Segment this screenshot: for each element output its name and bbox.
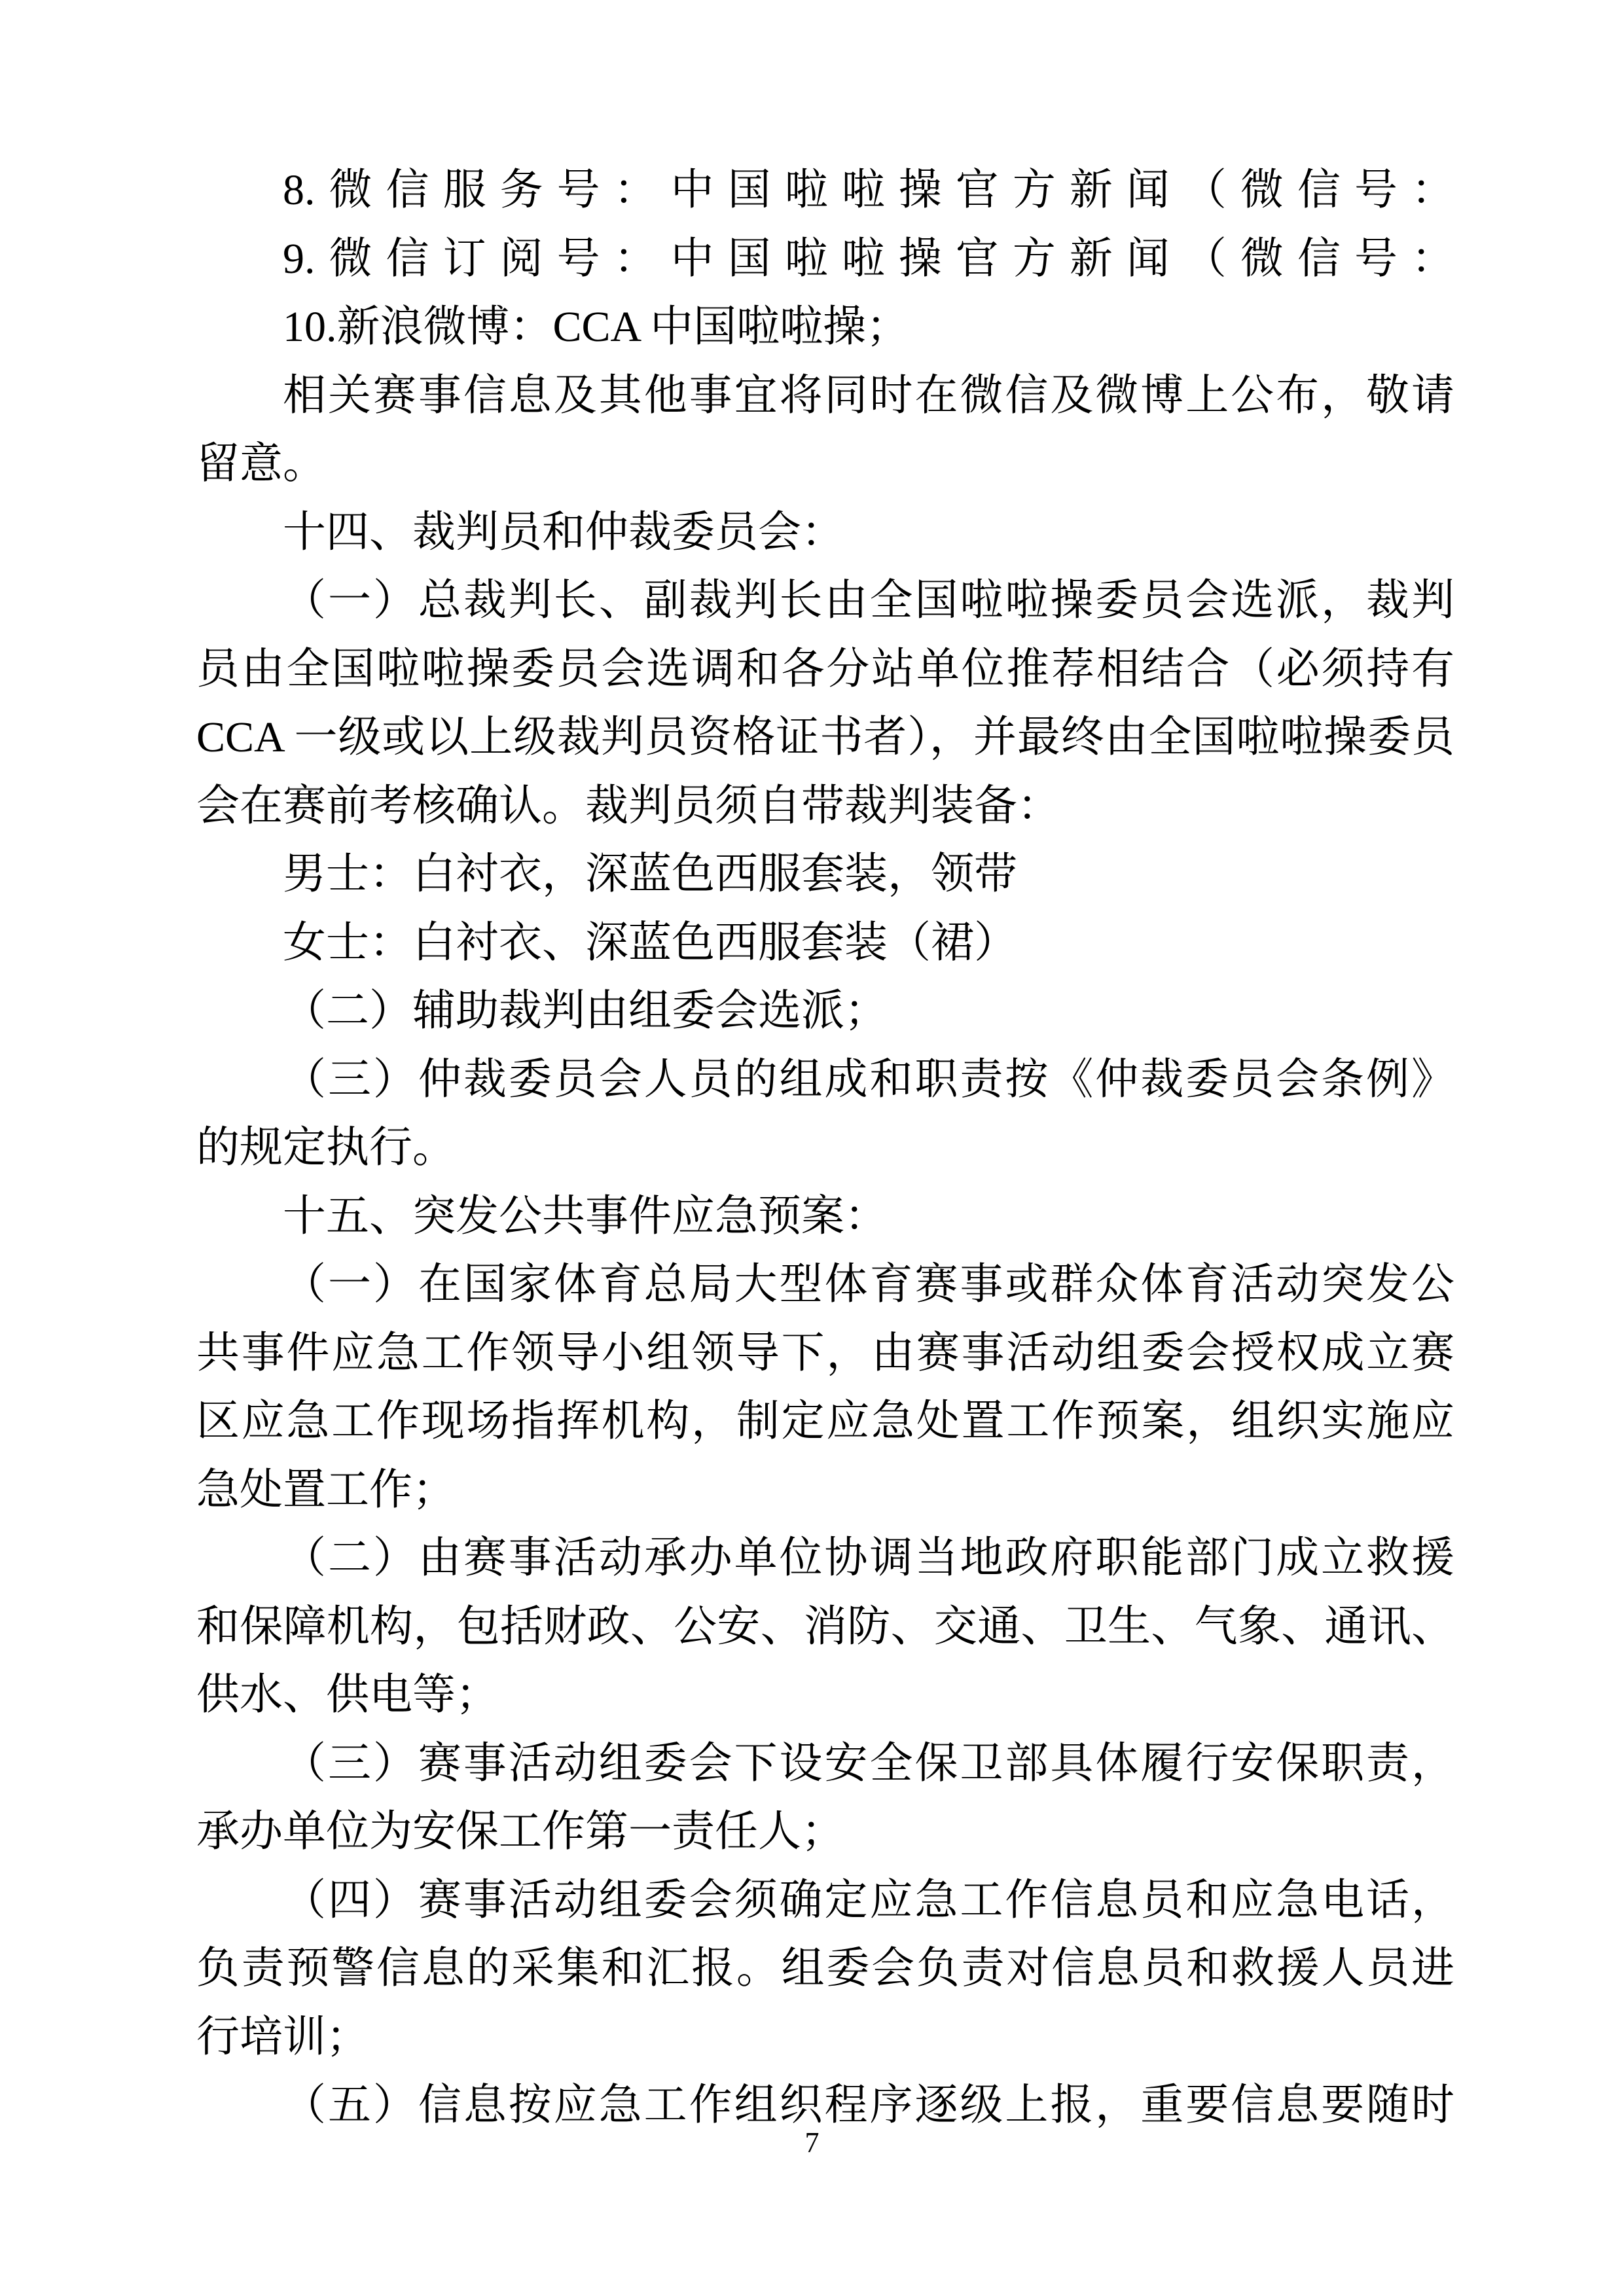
text-line: 十四、裁判员和仲裁委员会： [196, 499, 1454, 567]
text-line: 10.新浪微博：CCA 中国啦啦操； [196, 293, 1454, 362]
text-line: 女士：白衬衣、深蓝色西服套装（裙） [196, 909, 1454, 978]
text-line: 行培训； [196, 2003, 1454, 2072]
text-line: 相关赛事信息及其他事宜将同时在微信及微博上公布，敬请 [196, 362, 1454, 431]
document-page: 8.微信服务号：中国啦啦操官方新闻（微信号：ccachina001）；9.微信订… [0, 0, 1624, 2296]
text-line: 和保障机构，包括财政、公安、消防、交通、卫生、气象、通讯、 [196, 1593, 1454, 1662]
text-line: 区应急工作现场指挥机构，制定应急处置工作预案，组织实施应 [196, 1388, 1454, 1456]
text-lines: 8.微信服务号：中国啦啦操官方新闻（微信号：ccachina001）；9.微信订… [196, 156, 1454, 2140]
text-line: 会在赛前考核确认。裁判员须自带裁判装备： [196, 772, 1454, 841]
text-line: 8.微信服务号：中国啦啦操官方新闻（微信号：ccachina001）； [196, 156, 1454, 225]
text-line: 承办单位为安保工作第一责任人； [196, 1798, 1454, 1867]
text-line: 十五、突发公共事件应急预案： [196, 1183, 1454, 1251]
text-line: CCA 一级或以上级裁判员资格证书者），并最终由全国啦啦操委员 [196, 704, 1454, 772]
text-line: （二）由赛事活动承办单位协调当地政府职能部门成立救援 [196, 1524, 1454, 1593]
text-line: （三）赛事活动组委会下设安全保卫部具体履行安保职责， [196, 1730, 1454, 1799]
text-line: （一）在国家体育总局大型体育赛事或群众体育活动突发公 [196, 1251, 1454, 1319]
text-line: 共事件应急工作领导小组领导下，由赛事活动组委会授权成立赛 [196, 1319, 1454, 1388]
text-line: 留意。 [196, 430, 1454, 499]
text-line: 9.微信订阅号：中国啦啦操官方新闻（微信号：ccachina002）； [196, 225, 1454, 294]
text-line: 员由全国啦啦操委员会选调和各分站单位推荐相结合（必须持有 [196, 636, 1454, 704]
text-line: 男士：白衬衣，深蓝色西服套装，领带 [196, 840, 1454, 909]
text-line: 供水、供电等； [196, 1661, 1454, 1730]
text-line: （一）总裁判长、副裁判长由全国啦啦操委员会选派，裁判 [196, 567, 1454, 636]
page-number: 7 [0, 2126, 1624, 2160]
text-line: （三）仲裁委员会人员的组成和职责按《仲裁委员会条例》 [196, 1046, 1454, 1115]
text-line: 急处置工作； [196, 1456, 1454, 1525]
text-line: 负责预警信息的采集和汇报。组委会负责对信息员和救援人员进 [196, 1935, 1454, 2003]
text-line: （四）赛事活动组委会须确定应急工作信息员和应急电话， [196, 1867, 1454, 1935]
text-line: 的规定执行。 [196, 1114, 1454, 1183]
text-line: （二）辅助裁判由组委会选派； [196, 977, 1454, 1046]
